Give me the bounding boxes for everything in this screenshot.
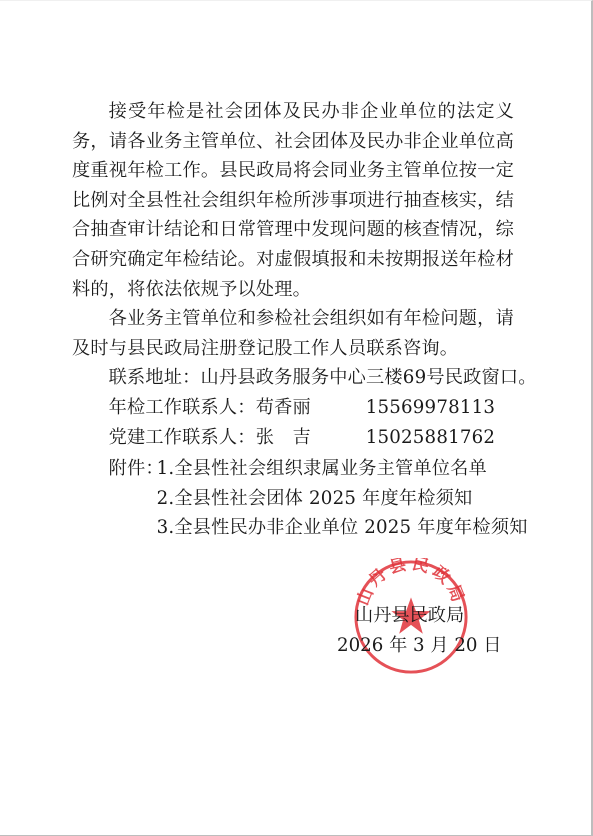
address-label: 联系地址： — [109, 367, 201, 388]
attachment-item: 2.全县性社会团体 2025 年度年检须知 — [157, 488, 473, 509]
party-contact-phone: 15025881762 — [366, 427, 496, 448]
party-contact: 党建工作联系人：张 吉15025881762 — [72, 423, 514, 453]
attachment-row-1: 附件：1.全县性社会组织隶属业务主管单位名单 — [72, 454, 514, 484]
inspection-contact-phone: 15569978113 — [366, 397, 496, 418]
attachment-row-2: 2.全县性社会团体 2025 年度年检须知 — [72, 484, 514, 514]
attachment-item: 3.全县性民办非企业单位 2025 年度年检须知 — [157, 517, 528, 538]
inspection-contact: 年检工作联系人：苟香丽15569978113 — [72, 393, 514, 423]
inspection-contact-name: 苟香丽 — [256, 393, 366, 423]
document-page: 接受年检是社会团体及民办非企业单位的法定义务，请各业务主管单位、社会团体及民办非… — [0, 0, 593, 836]
signature-date: 2026 年 3 月 20 日 — [337, 631, 501, 657]
party-contact-label: 党建工作联系人： — [109, 427, 256, 448]
attachments-section: 附件：1.全县性社会组织隶属业务主管单位名单 2.全县性社会团体 2025 年度… — [72, 454, 514, 543]
paragraph-annual-inspection: 接受年检是社会团体及民办非企业单位的法定义务，请各业务主管单位、社会团体及民办非… — [72, 97, 514, 304]
inspection-contact-label: 年检工作联系人： — [109, 397, 256, 418]
attachments-label: 附件： — [72, 454, 157, 484]
body-text: 接受年检是社会团体及民办非企业单位的法定义务，请各业务主管单位、社会团体及民办非… — [72, 97, 514, 452]
party-contact-name: 张 吉 — [256, 423, 366, 453]
attachment-item: 1.全县性社会组织隶属业务主管单位名单 — [157, 458, 487, 479]
signature-organization: 山丹县民政局 — [355, 601, 464, 627]
attachment-row-3: 3.全县性民办非企业单位 2025 年度年检须知 — [72, 513, 514, 543]
contact-address: 联系地址：山丹县政务服务中心三楼69号民政窗口。 — [72, 363, 514, 393]
paragraph-contact-consultation: 各业务主管单位和参检社会组织如有年检问题，请及时与县民政局注册登记股工作人员联系… — [72, 304, 514, 363]
address-value: 山丹县政务服务中心三楼69号民政窗口。 — [201, 367, 537, 388]
